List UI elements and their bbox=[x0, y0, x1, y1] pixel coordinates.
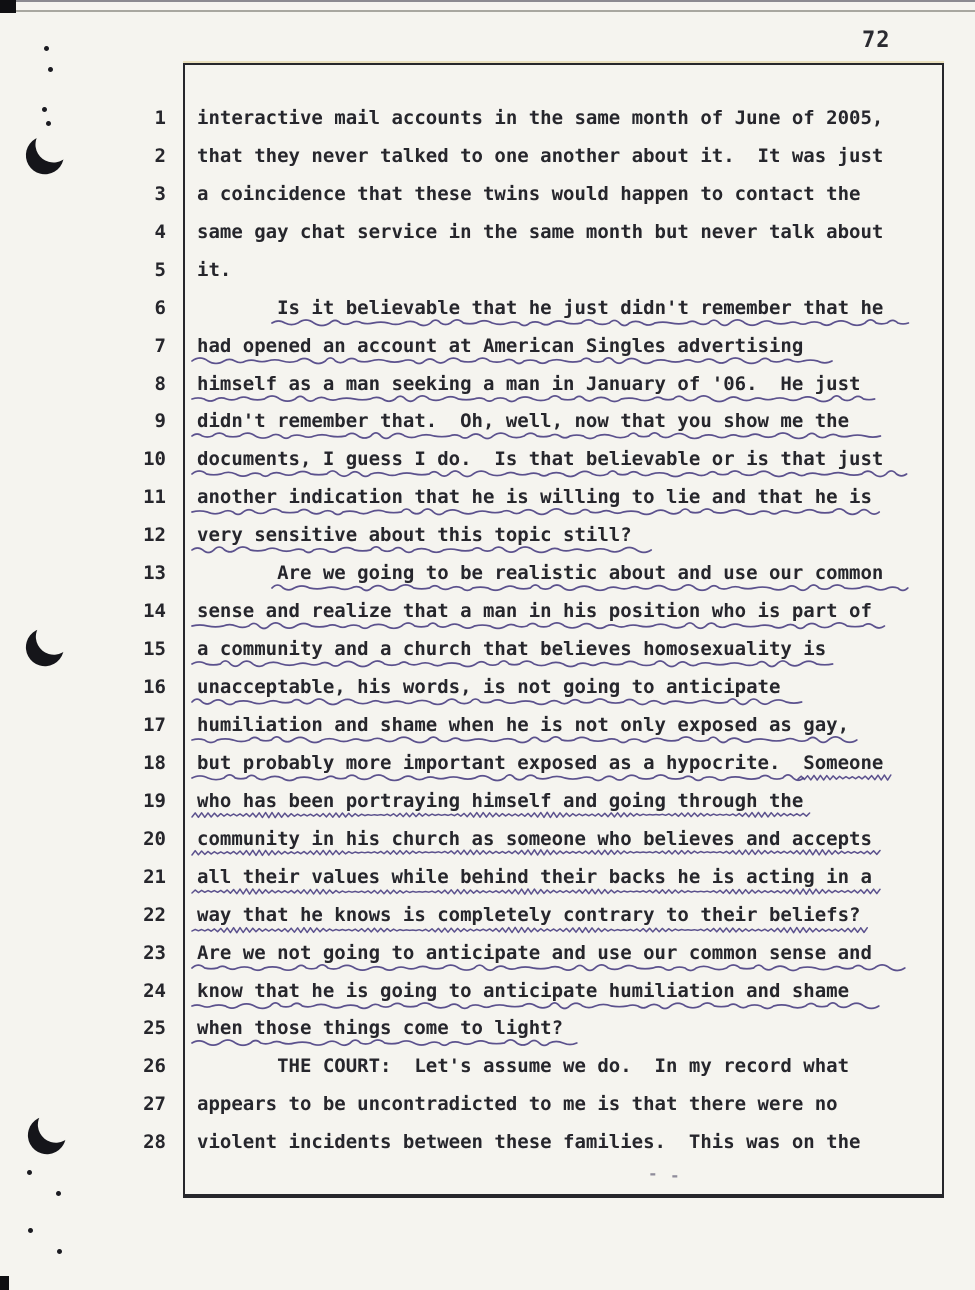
line-text: humiliation and shame when he is not onl… bbox=[197, 714, 849, 736]
stray-dash: - bbox=[670, 1166, 680, 1185]
document-page: 72 1interactive mail accounts in the sam… bbox=[0, 0, 975, 1290]
underlined-text: when those things come to light? bbox=[197, 1017, 563, 1039]
text-segment: that they never talked to one another ab… bbox=[197, 145, 883, 167]
transcript-line: 7had opened an account at American Singl… bbox=[0, 327, 975, 365]
text-segment bbox=[780, 752, 803, 774]
line-number: 21 bbox=[0, 866, 166, 888]
pen-underline-zigzag bbox=[192, 921, 865, 935]
transcript-line: 10documents, I guess I do. Is that belie… bbox=[0, 440, 975, 478]
text-segment: violent incidents between these families… bbox=[197, 1131, 860, 1153]
line-text: Are we going to be realistic about and u… bbox=[197, 562, 883, 584]
transcript-line: 28violent incidents between these famili… bbox=[0, 1123, 975, 1161]
pen-underline-wavy bbox=[272, 314, 888, 328]
pen-underline-wavy bbox=[192, 427, 854, 441]
line-number: 6 bbox=[0, 297, 166, 319]
transcript-lines: 1interactive mail accounts in the same m… bbox=[0, 99, 975, 1161]
pen-underline-wavy bbox=[192, 731, 854, 745]
line-text: a coincidence that these twins would hap… bbox=[197, 183, 860, 205]
transcript-line: 3a coincidence that these twins would ha… bbox=[0, 175, 975, 213]
underlined-text: unacceptable, his words, is not going to… bbox=[197, 676, 780, 698]
line-number: 25 bbox=[0, 1017, 166, 1039]
scan-dot bbox=[46, 121, 51, 126]
pen-underline-zigzag bbox=[192, 807, 808, 821]
underlined-text: had opened an account at American Single… bbox=[197, 335, 803, 357]
line-text: Is it believable that he just didn't rem… bbox=[197, 297, 883, 319]
text-segment bbox=[197, 562, 277, 584]
line-text: who has been portraying himself and goin… bbox=[197, 790, 803, 812]
pen-underline-wavy bbox=[192, 1034, 568, 1048]
scan-corner-top-left bbox=[0, 0, 16, 13]
transcript-line: 22way that he knows is completely contra… bbox=[0, 896, 975, 934]
line-text: when those things come to light? bbox=[197, 1017, 563, 1039]
scan-dot bbox=[44, 46, 49, 51]
line-text: documents, I guess I do. Is that believa… bbox=[197, 448, 883, 470]
line-text: a community and a church that believes h… bbox=[197, 638, 826, 660]
scan-edge-top bbox=[0, 0, 975, 2]
hole-punch-crescent-icon bbox=[20, 125, 73, 187]
pen-underline-zigzag bbox=[192, 845, 877, 859]
line-text: but probably more important exposed as a… bbox=[197, 752, 883, 774]
line-number: 10 bbox=[0, 448, 166, 470]
transcript-line: 4same gay chat service in the same month… bbox=[0, 213, 975, 251]
scan-dot bbox=[56, 1191, 61, 1196]
transcript-line: 16unacceptable, his words, is not going … bbox=[0, 668, 975, 706]
line-number: 26 bbox=[0, 1055, 166, 1077]
line-text: himself as a man seeking a man in Januar… bbox=[197, 373, 860, 395]
transcript-line: 24know that he is going to anticipate hu… bbox=[0, 972, 975, 1010]
line-text: THE COURT: Let's assume we do. In my rec… bbox=[197, 1055, 849, 1077]
line-number: 16 bbox=[0, 676, 166, 698]
line-number: 12 bbox=[0, 524, 166, 546]
underlined-text: know that he is going to anticipate humi… bbox=[197, 980, 849, 1002]
line-number: 14 bbox=[0, 600, 166, 622]
line-number: 18 bbox=[0, 752, 166, 774]
line-text: violent incidents between these families… bbox=[197, 1131, 860, 1153]
line-text: that they never talked to one another ab… bbox=[197, 145, 883, 167]
underlined-text: very sensitive about this topic still? bbox=[197, 524, 632, 546]
line-text: didn't remember that. Oh, well, now that… bbox=[197, 410, 849, 432]
transcript-line: 8himself as a man seeking a man in Janua… bbox=[0, 365, 975, 403]
underlined-text: documents, I guess I do. Is that believa… bbox=[197, 448, 883, 470]
scan-dot bbox=[48, 67, 53, 72]
stray-dash: - bbox=[648, 1164, 658, 1183]
line-text: way that he knows is completely contrary… bbox=[197, 904, 860, 926]
line-number: 13 bbox=[0, 562, 166, 584]
transcript-line: 2that they never talked to one another a… bbox=[0, 137, 975, 175]
underlined-text: another indication that he is willing to… bbox=[197, 486, 872, 508]
line-text: very sensitive about this topic still? bbox=[197, 524, 632, 546]
transcript-line: 14sense and realize that a man in his po… bbox=[0, 592, 975, 630]
text-segment bbox=[197, 297, 277, 319]
line-text: sense and realize that a man in his posi… bbox=[197, 600, 872, 622]
pen-underline-wavy bbox=[192, 769, 785, 783]
pen-underline-wavy bbox=[192, 693, 785, 707]
pen-underline-wavy bbox=[192, 617, 877, 631]
text-segment: THE COURT: Let's assume we do. In my rec… bbox=[197, 1055, 849, 1077]
text-segment: same gay chat service in the same month … bbox=[197, 221, 883, 243]
underlined-text: but probably more important exposed as a… bbox=[197, 752, 780, 774]
line-text: had opened an account at American Single… bbox=[197, 335, 803, 357]
text-segment: interactive mail accounts in the same mo… bbox=[197, 107, 883, 129]
transcript-line: 26 THE COURT: Let's assume we do. In my … bbox=[0, 1047, 975, 1085]
line-text: same gay chat service in the same month … bbox=[197, 221, 883, 243]
line-number: 11 bbox=[0, 486, 166, 508]
line-text: unacceptable, his words, is not going to… bbox=[197, 676, 780, 698]
line-number: 23 bbox=[0, 942, 166, 964]
underlined-text: Is it believable that he just didn't rem… bbox=[277, 297, 883, 319]
underlined-text: community in his church as someone who b… bbox=[197, 828, 872, 850]
pen-underline-wavy bbox=[192, 959, 877, 973]
pen-underline-wavy bbox=[272, 579, 888, 593]
underlined-text: all their values while behind their back… bbox=[197, 866, 872, 888]
transcript-line: 27appears to be uncontradicted to me is … bbox=[0, 1085, 975, 1123]
scan-dot bbox=[57, 1249, 62, 1254]
pen-underline-zigzag bbox=[192, 883, 877, 897]
underlined-text: who has been portraying himself and goin… bbox=[197, 790, 803, 812]
underlined-text: himself as a man seeking a man in Januar… bbox=[197, 373, 860, 395]
transcript-line: 6 Is it believable that he just didn't r… bbox=[0, 289, 975, 327]
transcript-line: 21all their values while behind their ba… bbox=[0, 858, 975, 896]
hole-punch-crescent-icon bbox=[21, 618, 73, 679]
line-number: 1 bbox=[0, 107, 166, 129]
line-text: community in his church as someone who b… bbox=[197, 828, 872, 850]
scan-corner-bottom-left bbox=[0, 1276, 9, 1290]
pen-underline-wavy bbox=[192, 352, 808, 366]
underlined-text: humiliation and shame when he is not onl… bbox=[197, 714, 849, 736]
line-number: 20 bbox=[0, 828, 166, 850]
transcript-line: 23Are we not going to anticipate and use… bbox=[0, 934, 975, 972]
pen-underline-wavy bbox=[192, 997, 854, 1011]
underlined-text: sense and realize that a man in his posi… bbox=[197, 600, 872, 622]
transcript-line: 12very sensitive about this topic still? bbox=[0, 516, 975, 554]
line-number: 7 bbox=[0, 335, 166, 357]
text-segment: it. bbox=[197, 259, 231, 281]
line-number: 17 bbox=[0, 714, 166, 736]
line-number: 24 bbox=[0, 980, 166, 1002]
line-number: 3 bbox=[0, 183, 166, 205]
pen-underline-wavy bbox=[192, 541, 637, 555]
text-segment: a coincidence that these twins would hap… bbox=[197, 183, 860, 205]
pen-underline-zigzag bbox=[798, 769, 888, 783]
line-text: all their values while behind their back… bbox=[197, 866, 872, 888]
underlined-text: Are we going to be realistic about and u… bbox=[277, 562, 883, 584]
line-text: know that he is going to anticipate humi… bbox=[197, 980, 849, 1002]
line-number: 8 bbox=[0, 373, 166, 395]
scan-line-top bbox=[0, 10, 975, 12]
line-number: 19 bbox=[0, 790, 166, 812]
line-number: 22 bbox=[0, 904, 166, 926]
transcript-line: 11another indication that he is willing … bbox=[0, 478, 975, 516]
underlined-text: way that he knows is completely contrary… bbox=[197, 904, 860, 926]
pen-underline-wavy bbox=[192, 465, 888, 479]
pen-underline-wavy bbox=[192, 503, 877, 517]
line-number: 5 bbox=[0, 259, 166, 281]
transcript-line: 20community in his church as someone who… bbox=[0, 820, 975, 858]
transcript-line: 9didn't remember that. Oh, well, now tha… bbox=[0, 403, 975, 441]
transcript-line: 25when those things come to light? bbox=[0, 1010, 975, 1048]
pen-underline-wavy bbox=[192, 390, 865, 404]
page-number: 72 bbox=[862, 28, 891, 53]
scan-dot bbox=[42, 107, 47, 112]
line-number: 4 bbox=[0, 221, 166, 243]
line-text: interactive mail accounts in the same mo… bbox=[197, 107, 883, 129]
line-text: Are we not going to anticipate and use o… bbox=[197, 942, 872, 964]
transcript-line: 19who has been portraying himself and go… bbox=[0, 782, 975, 820]
transcript-line: 15a community and a church that believes… bbox=[0, 630, 975, 668]
line-text: it. bbox=[197, 259, 231, 281]
line-number: 9 bbox=[0, 410, 166, 432]
line-text: appears to be uncontradicted to me is th… bbox=[197, 1093, 838, 1115]
transcript-line: 17humiliation and shame when he is not o… bbox=[0, 706, 975, 744]
line-text: another indication that he is willing to… bbox=[197, 486, 872, 508]
underlined-text: didn't remember that. Oh, well, now that… bbox=[197, 410, 849, 432]
underlined-text: a community and a church that believes h… bbox=[197, 638, 826, 660]
pen-underline-wavy bbox=[192, 655, 831, 669]
transcript-line: 5it. bbox=[0, 251, 975, 289]
transcript-line: 13 Are we going to be realistic about an… bbox=[0, 554, 975, 592]
transcript-line: 1interactive mail accounts in the same m… bbox=[0, 99, 975, 137]
text-segment: appears to be uncontradicted to me is th… bbox=[197, 1093, 838, 1115]
transcript-line: 18but probably more important exposed as… bbox=[0, 744, 975, 782]
underlined-text: Are we not going to anticipate and use o… bbox=[197, 942, 872, 964]
scan-dot bbox=[28, 1228, 33, 1233]
hole-punch-crescent-icon bbox=[23, 1106, 75, 1167]
underlined-text: Someone bbox=[803, 752, 883, 774]
scan-dot bbox=[27, 1170, 32, 1175]
